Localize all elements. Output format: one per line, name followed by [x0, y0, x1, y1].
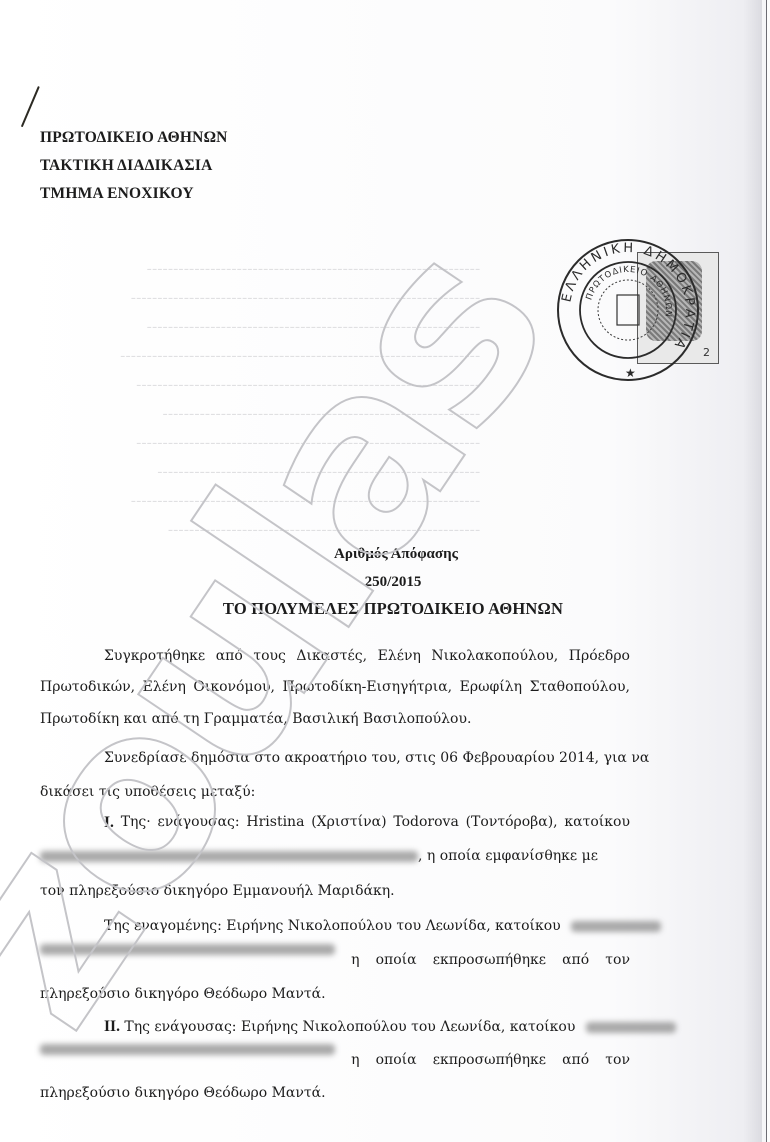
redacted-address: [571, 921, 661, 932]
scanned-document-page: ----------------------------------------…: [0, 0, 767, 1142]
case-one-defendant-address-line: η οποία εκπροσωπήθηκε από τον: [40, 944, 630, 977]
case-two-plaintiff-line: II. Της ενάγουσας: Ειρήνης Νικολοπούλου …: [104, 1010, 676, 1044]
case-one-plaintiff-lawyer: τον πληρεξούσιο δικηγόρο Εμμανουήλ Μαριδ…: [40, 875, 395, 908]
court-seal-icon: ΕΛΛΗΝΙΚΗ ΔΗΜΟΚΡΑΤΙΑ ΠΡΩΤΟΔΙΚΕΙΟ ΑΘΗΝΩΝ ★: [553, 235, 703, 385]
court-name: ΤΟ ΠΟΛΥΜΕΛΕΣ ΠΡΩΤΟΔΙΚΕΙΟ ΑΘΗΝΩΝ: [8, 599, 767, 619]
procedure-header-line: ΤΑΚΤΙΚΗ ΔΙΑΔΙΚΑΣΙΑ: [40, 152, 228, 180]
document-header: ΠΡΩΤΟΔΙΚΕΙΟ ΑΘΗΝΩΝ ΤΑΚΤΙΚΗ ΔΙΑΔΙΚΑΣΙΑ ΤΜ…: [40, 124, 228, 208]
svg-text:★: ★: [625, 366, 636, 380]
bleed-through-text: ----------------------------------------…: [120, 255, 480, 545]
case-one-defendant-line: Της εναγομένης: Ειρήνης Νικολοπούλου του…: [104, 910, 661, 943]
decision-label: Αριθμός Απόφασης: [11, 546, 767, 563]
revenue-stamp-value: 2: [703, 346, 710, 359]
redacted-address: [40, 944, 335, 955]
redacted-address: [586, 1022, 676, 1033]
session-line-1: Συνεδρίασε δημόσια στο ακροατήριο του, σ…: [104, 742, 649, 775]
pen-mark: [21, 86, 40, 127]
case-two-plaintiff-lawyer: πληρεξούσιο δικηγόρο Θεόδωρο Μαντά.: [40, 1077, 326, 1110]
decision-number: 250/2015: [8, 574, 767, 591]
case-one-numeral: I.: [104, 806, 114, 839]
case-two-address-line: η οποία εκπροσωπήθηκε από τον: [40, 1044, 630, 1077]
session-line-2: δικάσει τις υποθέσεις μεταξύ:: [40, 776, 255, 809]
redacted-address: [40, 851, 418, 862]
court-header-line: ΠΡΩΤΟΔΙΚΕΙΟ ΑΘΗΝΩΝ: [40, 124, 228, 152]
composition-line-2: Πρωτοδικών, Ελένη Οικονόμου, Πρωτοδίκη-Ε…: [40, 671, 630, 704]
department-header-line: ΤΜΗΜΑ ΕΝΟΧΙΚΟΥ: [40, 180, 228, 208]
case-one-defendant-lawyer: πληρεξούσιο δικηγόρο Θεόδωρο Μαντά.: [40, 978, 326, 1011]
page-edge: [762, 0, 766, 1142]
composition-line-1: Συγκροτήθηκε από τους Δικαστές, Ελένη Νι…: [104, 640, 630, 673]
redacted-address: [40, 1044, 335, 1055]
composition-line-3: Πρωτοδίκη και από τη Γραμματέα, Βασιλική…: [40, 703, 471, 736]
case-one-address-line: , η οποία εμφανίσθηκε με: [40, 840, 598, 873]
case-one-plaintiff-line: I. Της· ενάγουσας: Hristina (Χριστίνα) T…: [104, 806, 630, 839]
